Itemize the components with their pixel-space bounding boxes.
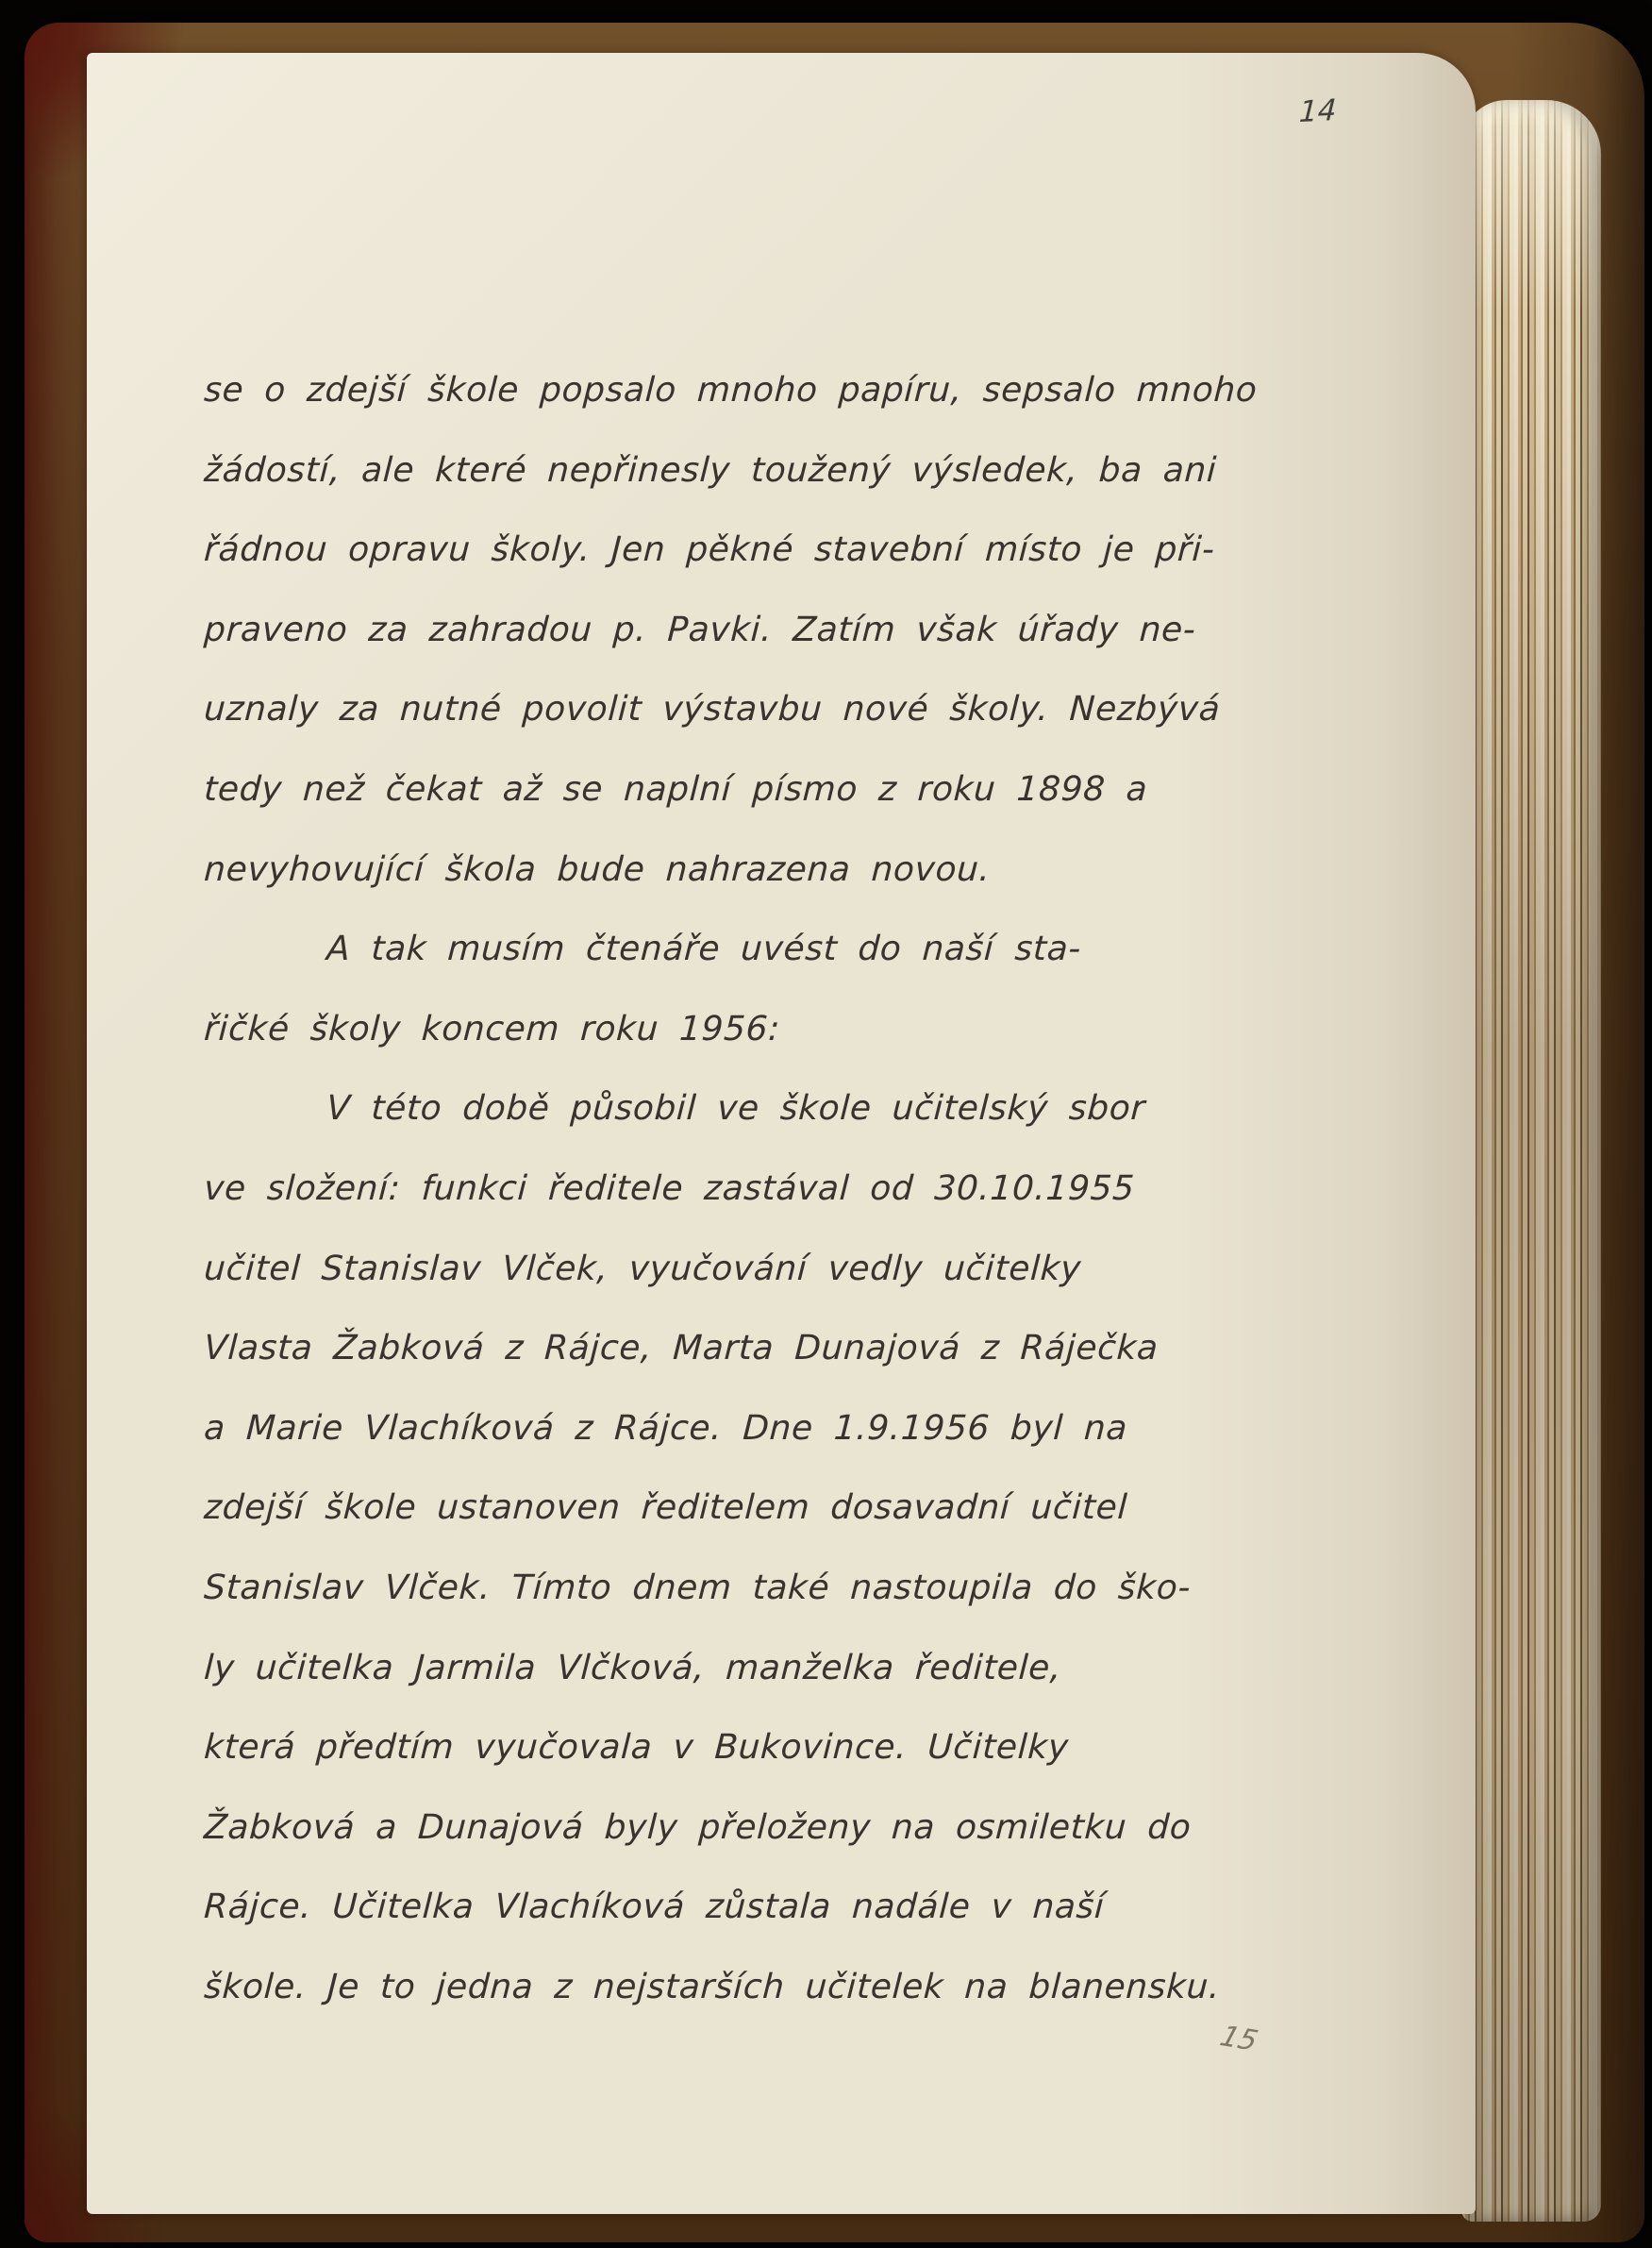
handwritten-line: tedy než čekat až se naplní písmo z roku… bbox=[202, 750, 1389, 830]
handwritten-line: řičké školy koncem roku 1956: bbox=[202, 990, 1389, 1070]
handwritten-line: žádostí, ale které nepřinesly toužený vý… bbox=[202, 431, 1389, 512]
handwritten-line: V této době působil ve škole učitelský s… bbox=[202, 1069, 1389, 1149]
handwritten-line: řádnou opravu školy. Jen pěkné stavební … bbox=[202, 511, 1389, 591]
handwritten-line: nevyhovující škola bude nahrazena novou. bbox=[202, 830, 1389, 911]
page-number: 14 bbox=[1298, 93, 1337, 129]
handwritten-line: Rájce. Učitelka Vlachíková zůstala nadál… bbox=[202, 1868, 1389, 1948]
handwritten-line: učitel Stanislav Vlček, vyučování vedly … bbox=[202, 1230, 1389, 1310]
handwritten-line: Vlasta Žabková z Rájce, Marta Dunajová z… bbox=[202, 1309, 1389, 1389]
handwritten-line: praveno za zahradou p. Pavki. Zatím však… bbox=[202, 591, 1389, 671]
handwritten-line: ly učitelka Jarmila Vlčková, manželka ře… bbox=[202, 1629, 1389, 1709]
handwritten-line: zdejší škole ustanoven ředitelem dosavad… bbox=[202, 1468, 1389, 1549]
handwritten-text-block: se o zdejší škole popsalo mnoho papíru, … bbox=[202, 351, 1385, 2027]
handwritten-line: ve složení: funkci ředitele zastával od … bbox=[202, 1149, 1389, 1230]
handwritten-line: se o zdejší škole popsalo mnoho papíru, … bbox=[202, 351, 1389, 431]
handwritten-line: a Marie Vlachíková z Rájce. Dne 1.9.1956… bbox=[202, 1389, 1389, 1469]
handwritten-line: A tak musím čtenáře uvést do naší sta- bbox=[202, 910, 1389, 990]
page-edge-stack bbox=[1461, 100, 1601, 2222]
photograph-background: 14 se o zdejší škole popsalo mnoho papír… bbox=[0, 0, 1652, 2248]
handwritten-line: Žabková a Dunajová byly přeloženy na osm… bbox=[202, 1788, 1389, 1869]
handwritten-line: která předtím vyučovala v Bukovince. Uči… bbox=[202, 1708, 1389, 1788]
handwritten-line: škole. Je to jedna z nejstarších učitele… bbox=[202, 1948, 1389, 2028]
handwritten-line: uznaly za nutné povolit výstavbu nové šk… bbox=[202, 670, 1389, 750]
chronicle-page: 14 se o zdejší škole popsalo mnoho papír… bbox=[87, 53, 1476, 2214]
handwritten-line: Stanislav Vlček. Tímto dnem také nastoup… bbox=[202, 1549, 1389, 1629]
